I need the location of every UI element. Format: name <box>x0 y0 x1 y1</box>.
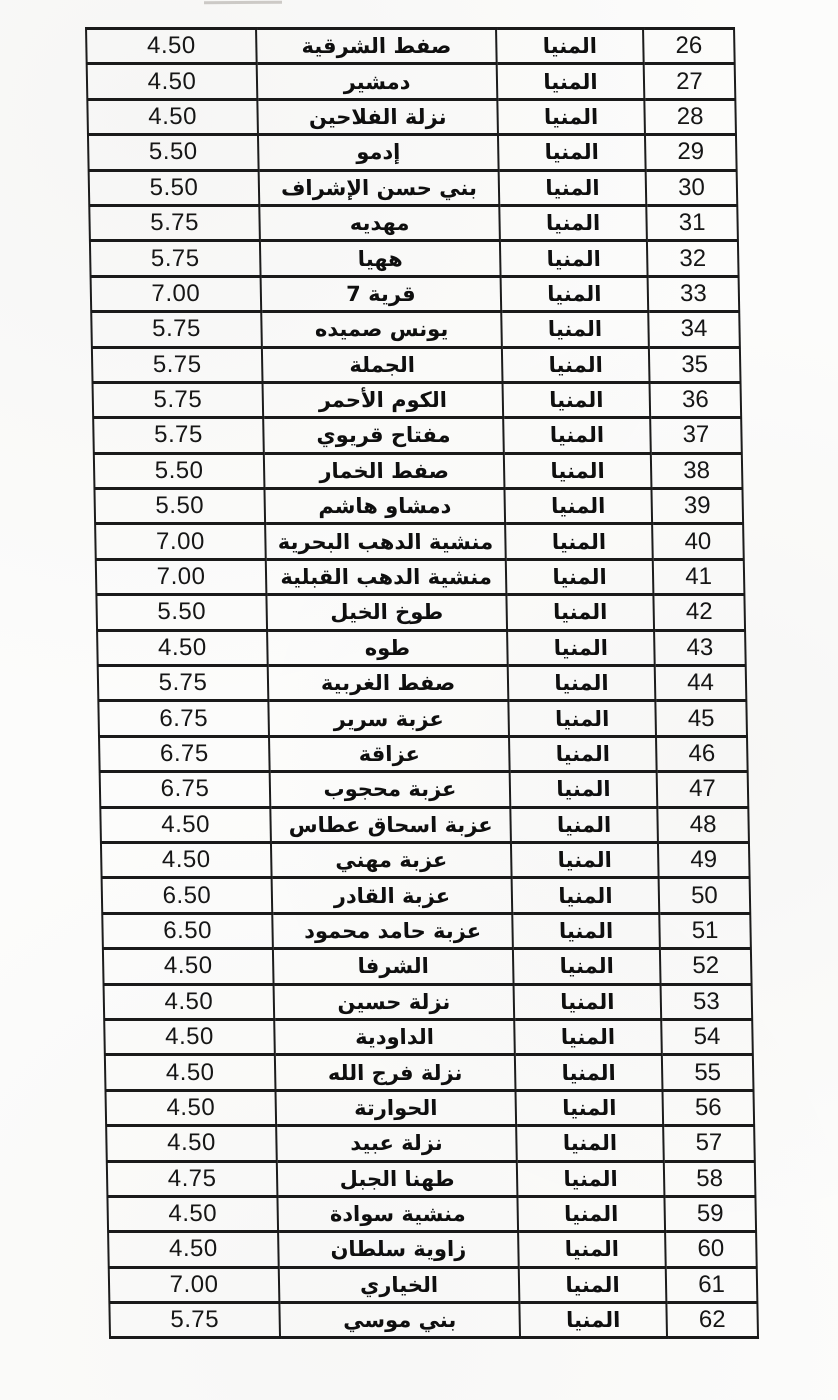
village-name-cell: عزبة اسحاق عطاس <box>270 807 511 842</box>
governorate-cell: المنيا <box>506 559 654 594</box>
table-row: 5.50 إدمو المنيا 29 <box>88 135 737 170</box>
governorate-cell: المنيا <box>506 595 654 630</box>
village-name-cell: صفط الغربية <box>268 666 509 701</box>
rate-value-cell: 4.50 <box>107 1196 278 1231</box>
row-number-cell: 62 <box>666 1303 758 1338</box>
village-name-cell: يونس صميده <box>261 312 502 347</box>
table-row: 4.50 نزلة الفلاحين المنيا 28 <box>87 99 736 134</box>
rate-value-cell: 6.75 <box>100 772 271 807</box>
table-row: 4.50 نزلة فرج الله المنيا 55 <box>105 1055 754 1090</box>
governorate-cell: المنيا <box>503 382 651 417</box>
village-name-cell: ههيا <box>260 241 501 276</box>
governorate-cell: المنيا <box>517 1161 665 1196</box>
village-name-cell: عزبة حامد محمود <box>272 913 513 948</box>
row-number-cell: 58 <box>664 1161 756 1196</box>
row-number-cell: 35 <box>649 347 741 382</box>
table-row: 5.75 ههيا المنيا 32 <box>90 241 739 276</box>
table-wrapper: 4.50 صفط الشرقية المنيا 26 4.50 دمشير ال… <box>85 27 759 1339</box>
rate-value-cell: 6.50 <box>102 878 273 913</box>
governorate-cell: المنيا <box>514 1019 662 1054</box>
village-name-cell: عزبة محجوب <box>270 772 511 807</box>
village-name-cell: دمشاو هاشم <box>264 489 505 524</box>
table-row: 7.00 قرية 7 المنيا 33 <box>91 276 740 311</box>
village-name-cell: الخياري <box>279 1267 520 1302</box>
village-name-cell: طوخ الخيل <box>266 595 507 630</box>
table-row: 5.75 مهديه المنيا 31 <box>89 205 738 240</box>
governorate-cell: المنيا <box>513 949 661 984</box>
scan-artifact-line <box>204 1 282 5</box>
row-number-cell: 44 <box>655 666 747 701</box>
governorate-cell: المنيا <box>516 1126 664 1161</box>
row-number-cell: 34 <box>648 312 740 347</box>
row-number-cell: 39 <box>651 489 743 524</box>
row-number-cell: 40 <box>652 524 744 559</box>
row-number-cell: 31 <box>646 205 738 240</box>
village-name-cell: الداودية <box>274 1019 515 1054</box>
row-number-cell: 53 <box>661 984 753 1019</box>
governorate-cell: المنيا <box>514 984 662 1019</box>
village-name-cell: الحوارتة <box>275 1090 516 1125</box>
rate-value-cell: 4.50 <box>87 64 258 99</box>
table-row: 4.50 زاوية سلطان المنيا 60 <box>108 1232 757 1267</box>
governorate-cell: المنيا <box>519 1303 667 1338</box>
row-number-cell: 42 <box>653 595 745 630</box>
governorate-cell: المنيا <box>499 205 647 240</box>
row-number-cell: 52 <box>660 949 752 984</box>
rate-value-cell: 5.75 <box>92 347 263 382</box>
governorate-cell: المنيا <box>518 1232 666 1267</box>
row-number-cell: 29 <box>645 135 737 170</box>
governorate-cell: المنيا <box>500 241 648 276</box>
governorate-cell: المنيا <box>512 913 660 948</box>
rate-value-cell: 4.50 <box>108 1232 279 1267</box>
scanned-document-page: { "document": { "kind": "scanned table p… <box>0 0 838 1400</box>
table-row: 6.75 عزاقة المنيا 46 <box>99 736 748 771</box>
village-name-cell: عزبة سرير <box>268 701 509 736</box>
row-number-cell: 26 <box>643 29 735 64</box>
table-row: 7.00 منشية الدهب القبلية المنيا 41 <box>96 559 745 594</box>
village-name-cell: بني حسن الإشراف <box>259 170 500 205</box>
governorate-cell: المنيا <box>512 878 660 913</box>
row-number-cell: 47 <box>657 772 749 807</box>
governorate-cell: المنيا <box>519 1267 667 1302</box>
table-row: 5.75 الكوم الأحمر المنيا 36 <box>93 382 742 417</box>
governorate-cell: المنيا <box>515 1055 663 1090</box>
row-number-cell: 28 <box>644 99 736 134</box>
table-row: 4.50 نزلة حسين المنيا 53 <box>104 984 753 1019</box>
rate-value-cell: 5.75 <box>91 312 262 347</box>
table-row: 5.50 صفط الخمار المنيا 38 <box>94 453 743 488</box>
rate-value-cell: 5.75 <box>98 666 269 701</box>
row-number-cell: 57 <box>663 1126 755 1161</box>
table-row: 4.50 الداودية المنيا 54 <box>104 1019 753 1054</box>
governorate-cell: المنيا <box>505 524 653 559</box>
governorate-cell: المنيا <box>508 666 656 701</box>
governorate-cell: المنيا <box>502 347 650 382</box>
rate-value-cell: 4.50 <box>104 984 275 1019</box>
rate-value-cell: 5.50 <box>94 489 265 524</box>
row-number-cell: 55 <box>662 1055 754 1090</box>
governorate-cell: المنيا <box>497 99 645 134</box>
village-name-cell: نزلة الفلاحين <box>257 99 498 134</box>
village-name-cell: نزلة فرج الله <box>275 1055 516 1090</box>
governorate-cell: المنيا <box>504 453 652 488</box>
governorate-cell: المنيا <box>509 736 657 771</box>
governorate-cell: المنيا <box>510 772 658 807</box>
rate-value-cell: 5.50 <box>89 170 260 205</box>
row-number-cell: 49 <box>658 842 750 877</box>
village-name-cell: الشرفا <box>273 949 514 984</box>
row-number-cell: 33 <box>648 276 740 311</box>
rate-value-cell: 4.75 <box>107 1161 278 1196</box>
table-row: 5.75 بني موسي المنيا 62 <box>109 1303 758 1338</box>
governorate-cell: المنيا <box>510 807 658 842</box>
rate-value-cell: 7.00 <box>96 559 267 594</box>
row-number-cell: 27 <box>644 64 736 99</box>
table-row: 4.50 دمشير المنيا 27 <box>87 64 736 99</box>
row-number-cell: 38 <box>651 453 743 488</box>
governorate-cell: المنيا <box>496 29 644 64</box>
table-row: 5.75 صفط الغربية المنيا 44 <box>98 666 747 701</box>
village-name-cell: نزلة عبيد <box>276 1126 517 1161</box>
row-number-cell: 50 <box>659 878 751 913</box>
table-row: 4.50 منشية سوادة المنيا 59 <box>107 1196 756 1231</box>
village-name-cell: طوه <box>267 630 508 665</box>
table-row: 4.50 الحوارتة المنيا 56 <box>105 1090 754 1125</box>
row-number-cell: 56 <box>662 1090 754 1125</box>
rate-value-cell: 5.75 <box>90 241 261 276</box>
rate-value-cell: 5.75 <box>93 382 264 417</box>
governorate-cell: المنيا <box>507 630 655 665</box>
rate-value-cell: 4.50 <box>101 842 272 877</box>
table-row: 4.75 طهنا الجبل المنيا 58 <box>107 1161 756 1196</box>
rate-value-cell: 6.50 <box>102 913 273 948</box>
table-row: 5.50 بني حسن الإشراف المنيا 30 <box>89 170 738 205</box>
rate-value-cell: 5.75 <box>89 205 260 240</box>
rate-value-cell: 4.50 <box>103 949 274 984</box>
village-name-cell: الجملة <box>262 347 503 382</box>
village-name-cell: عزاقة <box>269 736 510 771</box>
row-number-cell: 36 <box>650 382 742 417</box>
rate-value-cell: 4.50 <box>97 630 268 665</box>
table-row: 4.50 عزبة مهني المنيا 49 <box>101 842 750 877</box>
governorate-cell: المنيا <box>504 489 652 524</box>
table-row: 4.50 طوه المنيا 43 <box>97 630 746 665</box>
village-name-cell: منشية سوادة <box>277 1196 518 1231</box>
village-name-cell: نزلة حسين <box>274 984 515 1019</box>
rate-value-cell: 7.00 <box>95 524 266 559</box>
row-number-cell: 60 <box>665 1232 757 1267</box>
governorate-cell: المنيا <box>508 701 656 736</box>
rate-value-cell: 5.75 <box>109 1303 280 1338</box>
village-name-cell: منشية الدهب القبلية <box>266 559 507 594</box>
rate-value-cell: 5.50 <box>94 453 265 488</box>
village-name-cell: قرية 7 <box>261 276 502 311</box>
table-row: 6.75 عزبة سرير المنيا 45 <box>98 701 747 736</box>
table-row: 4.50 نزلة عبيد المنيا 57 <box>106 1126 755 1161</box>
rate-value-cell: 4.50 <box>106 1126 277 1161</box>
rate-value-cell: 5.50 <box>88 135 259 170</box>
governorate-cell: المنيا <box>501 276 649 311</box>
rate-value-cell: 4.50 <box>100 807 271 842</box>
village-name-cell: منشية الدهب البحرية <box>265 524 506 559</box>
village-name-cell: الكوم الأحمر <box>263 382 504 417</box>
table-row: 5.75 يونس صميده المنيا 34 <box>91 312 740 347</box>
governorate-cell: المنيا <box>503 418 651 453</box>
row-number-cell: 45 <box>655 701 747 736</box>
village-name-cell: دمشير <box>257 64 498 99</box>
rate-value-cell: 6.75 <box>98 701 269 736</box>
village-name-cell: صفط الخمار <box>264 453 505 488</box>
rate-value-cell: 7.00 <box>109 1267 280 1302</box>
rate-value-cell: 5.75 <box>93 418 264 453</box>
row-number-cell: 46 <box>656 736 748 771</box>
governorate-cell: المنيا <box>515 1090 663 1125</box>
table-row: 5.75 الجملة المنيا 35 <box>92 347 741 382</box>
rate-value-cell: 4.50 <box>105 1055 276 1090</box>
governorate-cell: المنيا <box>517 1196 665 1231</box>
village-name-cell: بني موسي <box>279 1303 520 1338</box>
rate-value-cell: 6.75 <box>99 736 270 771</box>
table-row: 7.00 الخياري المنيا 61 <box>109 1267 758 1302</box>
table-row: 5.75 مفتاح قريوي المنيا 37 <box>93 418 742 453</box>
village-name-cell: مهديه <box>259 205 500 240</box>
rate-value-cell: 7.00 <box>91 276 262 311</box>
table-row: 6.50 عزبة القادر المنيا 50 <box>102 878 751 913</box>
row-number-cell: 51 <box>659 913 751 948</box>
governorate-cell: المنيا <box>498 135 646 170</box>
row-number-cell: 32 <box>647 241 739 276</box>
rate-value-cell: 4.50 <box>105 1090 276 1125</box>
table-row: 6.50 عزبة حامد محمود المنيا 51 <box>102 913 751 948</box>
row-number-cell: 61 <box>666 1267 758 1302</box>
table-row: 4.50 الشرفا المنيا 52 <box>103 949 752 984</box>
row-number-cell: 43 <box>654 630 746 665</box>
rates-table-body: 4.50 صفط الشرقية المنيا 26 4.50 دمشير ال… <box>86 29 758 1338</box>
village-name-cell: إدمو <box>258 135 499 170</box>
row-number-cell: 48 <box>657 807 749 842</box>
row-number-cell: 59 <box>664 1196 756 1231</box>
rate-value-cell: 5.50 <box>96 595 267 630</box>
row-number-cell: 54 <box>661 1019 753 1054</box>
row-number-cell: 41 <box>653 559 745 594</box>
table-row: 5.50 دمشاو هاشم المنيا 39 <box>94 489 743 524</box>
village-name-cell: طهنا الجبل <box>277 1161 518 1196</box>
governorate-cell: المنيا <box>499 170 647 205</box>
rate-value-cell: 4.50 <box>104 1019 275 1054</box>
row-number-cell: 30 <box>646 170 738 205</box>
governorate-cell: المنيا <box>511 842 659 877</box>
rates-table: 4.50 صفط الشرقية المنيا 26 4.50 دمشير ال… <box>85 27 759 1339</box>
village-name-cell: عزبة القادر <box>272 878 513 913</box>
village-name-cell: مفتاح قريوي <box>263 418 504 453</box>
village-name-cell: زاوية سلطان <box>278 1232 519 1267</box>
row-number-cell: 37 <box>650 418 742 453</box>
village-name-cell: صفط الشرقية <box>256 29 497 64</box>
village-name-cell: عزبة مهني <box>271 842 512 877</box>
table-row: 5.50 طوخ الخيل المنيا 42 <box>96 595 745 630</box>
table-row: 6.75 عزبة محجوب المنيا 47 <box>100 772 749 807</box>
governorate-cell: المنيا <box>497 64 645 99</box>
table-row: 7.00 منشية الدهب البحرية المنيا 40 <box>95 524 744 559</box>
rate-value-cell: 4.50 <box>86 29 257 64</box>
rate-value-cell: 4.50 <box>87 99 258 134</box>
table-row: 4.50 عزبة اسحاق عطاس المنيا 48 <box>100 807 749 842</box>
governorate-cell: المنيا <box>501 312 649 347</box>
table-row: 4.50 صفط الشرقية المنيا 26 <box>86 29 735 64</box>
